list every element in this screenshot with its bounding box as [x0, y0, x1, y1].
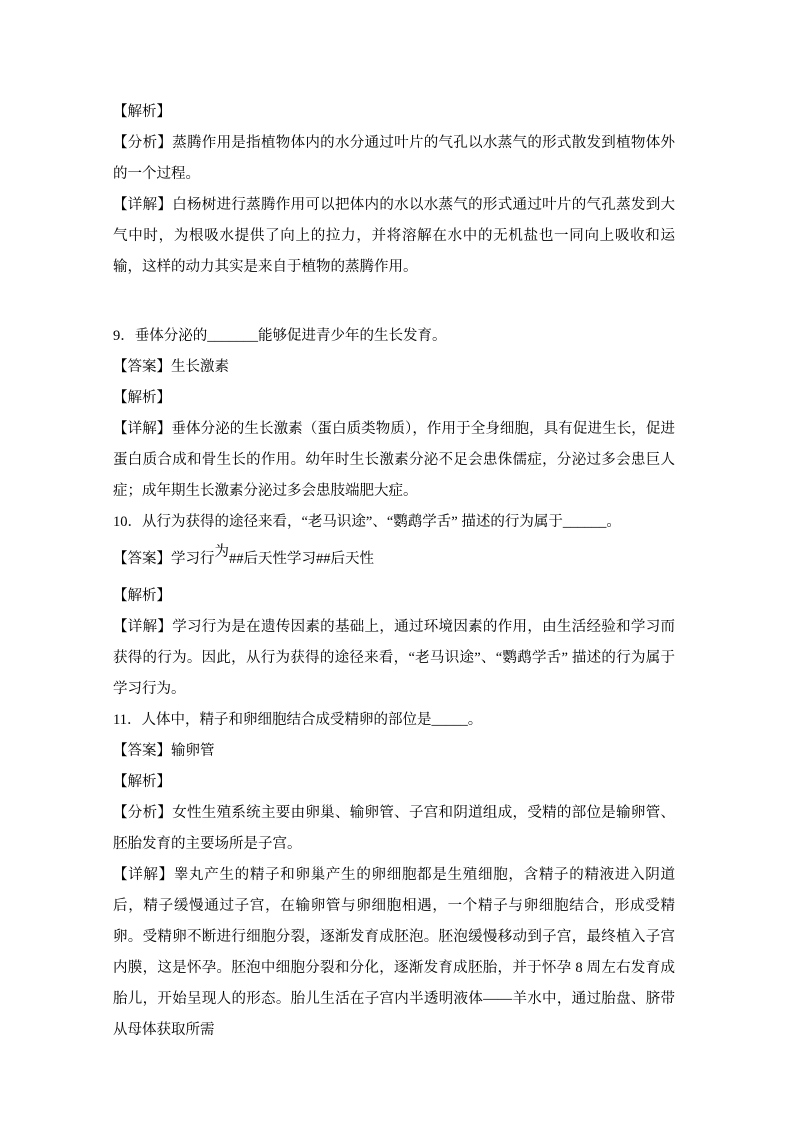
- document-page: 【解析】 【分析】蒸腾作用是指植物体内的水分通过叶片的气孔以水蒸气的形式散发到植…: [0, 0, 794, 1123]
- answer-superscript-text: 为: [215, 544, 230, 560]
- question-10-analysis-label: 【解析】: [113, 581, 675, 612]
- question-9-text: 9．垂体分泌的_______能够促进青少年的生长发育。: [113, 321, 675, 352]
- question-9-answer: 【答案】生长激素: [113, 352, 675, 383]
- question-10-text: 10．从行为获得的途径来看，“老马识途”、“鹦鹉学舌” 描述的行为属于_____…: [113, 507, 675, 538]
- answer-alternatives-text: ##后天性学习##后天性: [229, 551, 374, 567]
- blank-line: [113, 283, 675, 321]
- question-10-answer: 【答案】学习行为##后天性学习##后天性: [113, 544, 675, 575]
- page-content: 【解析】 【分析】蒸腾作用是指植物体内的水分通过叶片的气孔以水蒸气的形式散发到植…: [113, 97, 675, 1046]
- detail-paragraph: 【详解】白杨树进行蒸腾作用可以把体内的水以水蒸气的形式通过叶片的气孔蒸发到大气中…: [113, 190, 675, 283]
- question-11-text: 11．人体中，精子和卵细胞结合成受精卵的部位是_____。: [113, 705, 675, 736]
- question-11-answer: 【答案】输卵管: [113, 736, 675, 767]
- analysis-overview-paragraph: 【分析】蒸腾作用是指植物体内的水分通过叶片的气孔以水蒸气的形式散发到植物体外的一…: [113, 128, 675, 190]
- answer-main-text: 学习行: [171, 551, 215, 567]
- question-11-detail-paragraph: 【详解】睾丸产生的精子和卵巢产生的卵细胞都是生殖细胞，含精子的精液进入阴道后，精…: [113, 860, 675, 1046]
- question-10-detail-paragraph: 【详解】学习行为是在遗传因素的基础上，通过环境因素的作用，由生活经验和学习而获得…: [113, 612, 675, 705]
- question-11-analysis-label: 【解析】: [113, 767, 675, 798]
- analysis-label: 【解析】: [113, 97, 675, 128]
- answer-label: 【答案】: [113, 551, 171, 567]
- question-11-analysis-overview-paragraph: 【分析】女性生殖系统主要由卵巢、输卵管、子宫和阴道组成，受精的部位是输卵管、胚胎…: [113, 798, 675, 860]
- question-9-analysis-label: 【解析】: [113, 383, 675, 414]
- question-9-detail-paragraph: 【详解】垂体分泌的生长激素（蛋白质类物质），作用于全身细胞，具有促进生长，促进蛋…: [113, 414, 675, 507]
